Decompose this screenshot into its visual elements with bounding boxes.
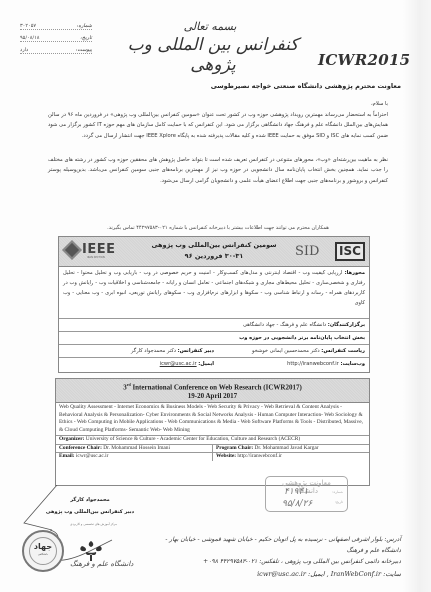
english-email-label: Email:: [59, 453, 75, 459]
persian-chair-label: ریاست کنفرانس:: [321, 348, 365, 354]
persian-contact-row: وب‌سایت: http://iranwebconf.ir ایمیل: ic…: [59, 358, 369, 370]
stamp-date-label: تاریخ:: [335, 500, 343, 504]
english-header: 3rd International Conference on Web Rese…: [56, 379, 369, 403]
english-title: 3rd International Conference on Web Rese…: [56, 380, 369, 392]
meta-date-value: ۹۵/۰۸/۱۸: [20, 35, 39, 41]
footer-web-links[interactable]: icwr@usc.ac.ir :ایمیل , IranWebConf.ir :…: [257, 570, 401, 578]
persian-topics-row: محورها: ارزیابی کیفیت وب - اقتصاد اینترن…: [59, 267, 369, 319]
ieee-logo: IEEE: [65, 242, 115, 257]
persian-email-cell: ایمیل: icwr@usc.ac.ir: [63, 359, 214, 369]
bismillah-heading: بسمه تعالی: [150, 20, 270, 33]
ieee-logo-subtext: IRAN SECTION: [87, 256, 105, 259]
persian-secretary-cell: دبیر کنفرانس: دکتر محمدجواد کارگر: [63, 346, 214, 356]
persian-chair: دکتر محمدحسین ایمانی خوشخو: [252, 348, 320, 354]
signatory-title: دبیر کنفرانس بین‌المللی وب پژوهی: [45, 506, 135, 518]
english-website-link[interactable]: http://iranwebconf.ir: [236, 453, 282, 459]
english-program-chair: Dr. Mohammad Javad Kargar: [253, 445, 318, 451]
persian-thesis-section: بخش انتخاب پایان‌نامه برتر دانشجویی در ح…: [239, 335, 365, 341]
signatory-name: محمدجواد کارگر: [45, 494, 135, 506]
persian-banner: IEEE IRAN SECTION سومین کنفرانس بین‌المل…: [59, 237, 369, 267]
persian-email-label: ایمیل:: [198, 361, 214, 367]
persian-chairs-row: ریاست کنفرانس: دکتر محمدحسین ایمانی خوشخ…: [59, 345, 369, 358]
contact-note: همکاران محترم می توانند جهت اطلاعات بیشت…: [48, 225, 388, 231]
footer-address-line: آدرس: بلوار اشرفی اصفهانی - نرسیده به پل…: [151, 534, 401, 556]
persian-topics-label: محورها:: [345, 270, 365, 276]
persian-chair-cell: ریاست کنفرانس: دکتر محمدحسین ایمانی خوشخ…: [214, 346, 365, 356]
persian-banner-date: ۳۰-۳۱ فروردین ۹۶: [149, 251, 279, 262]
footer-address: آدرس: بلوار اشرفی اصفهانی - نرسیده به پل…: [151, 534, 401, 567]
persian-website-label: وب‌سایت:: [340, 361, 365, 367]
persian-banner-title: سومین کنفرانس بین‌المللی وب پژوهی ۳۰-۳۱ …: [149, 240, 279, 262]
stamp-number-label: شماره:: [332, 490, 343, 494]
jahad-logo: جهاد دانشگاهی: [22, 530, 64, 572]
sid-logo: SID: [295, 244, 319, 259]
persian-email-link[interactable]: icwr@usc.ac.ir: [160, 361, 197, 367]
conference-title: کنفرانس بین المللی وب پژوهی: [118, 35, 308, 75]
persian-thesis-row: بخش انتخاب پایان‌نامه برتر دانشجویی در ح…: [59, 332, 369, 345]
persian-topics: ارزیابی کیفیت وب - اقتصاد اینترنتی و مدل…: [63, 270, 365, 306]
isc-logo: ISC: [335, 242, 365, 261]
english-date: 19-20 April 2017: [56, 392, 369, 401]
english-program-chair-cell: Program Chair: Dr. Mohammad Javad Kargar: [213, 445, 366, 453]
addressee: معاونت محترم پژوهشی دانشگاه صنعتی خواجه …: [211, 82, 401, 90]
paragraph-2: نظر به ماهیت بین‌رشته‌ای «وب»، محورهای م…: [48, 155, 388, 186]
letter-meta: شماره: ۳۰۲۰۵۷ تاریخ: ۹۵/۰۸/۱۸ پیوست: دار…: [20, 20, 92, 56]
english-website-cell: Website: http://iranwebconf.ir: [213, 453, 366, 461]
persian-organizers: دانشگاه علم و فرهنگ - جهاد دانشگاهی: [243, 322, 326, 328]
ieee-diamond-icon: [62, 240, 82, 260]
english-organizer: University of Science & Culture - Academ…: [84, 436, 300, 442]
meta-date-row: تاریخ: ۹۵/۰۸/۱۸: [20, 32, 92, 42]
english-conf-chair-cell: Conference Chair: Dr. Mohammad Hossein I…: [59, 445, 213, 453]
stamp-date: ۹۵/۸/۲۶: [282, 499, 312, 509]
stamp-number: ۴۱۹۴۱: [284, 487, 308, 497]
english-program-chair-label: Program Chair:: [216, 445, 253, 451]
paragraph-1: احتراماً به استحضار می‌رساند مهمترین روی…: [48, 110, 388, 141]
greeting: با سلام،: [48, 99, 388, 109]
english-email-cell: Email: icwr@usc.ac.ir: [59, 453, 213, 461]
meta-date-label: تاریخ:: [80, 35, 92, 41]
persian-website-link[interactable]: http://iranwebconf.ir: [287, 361, 339, 367]
signature-block: محمدجواد کارگر دبیر کنفرانس بین‌المللی و…: [45, 494, 135, 518]
english-conference-box: 3rd International Conference on Web Rese…: [55, 378, 370, 486]
persian-conference-box: IEEE IRAN SECTION سومین کنفرانس بین‌المل…: [58, 236, 370, 373]
meta-number-row: شماره: ۳۰۲۰۵۷: [20, 20, 92, 30]
persian-organizers-label: برگزارکنندگان:: [328, 322, 365, 328]
meta-attachment-label: پیوست:: [76, 47, 92, 53]
meta-attachment-value: دارد: [20, 47, 28, 53]
usc-name: دانشگاه علم و فرهنگ: [70, 560, 133, 568]
persian-website-cell: وب‌سایت: http://iranwebconf.ir: [214, 359, 365, 369]
footer-secretariat-line: دبیرخانه دائمی کنفرانس بین المللی وب پژو…: [151, 556, 401, 567]
received-stamp: معاونت پژوهشی دانشگاه شماره: ۴۱۹۴۱ تاریخ…: [265, 476, 348, 512]
persian-organizers-row: برگزارکنندگان: دانشگاه علم و فرهنگ - جها…: [59, 319, 369, 332]
persian-secretary-label: دبیر کنفرانس:: [178, 348, 214, 354]
usc-small-caption: مرکز آموزش های تخصصی و کاربردی: [70, 522, 117, 526]
english-chairs-row: Conference Chair: Dr. Mohammad Hossein I…: [56, 445, 369, 454]
scan-edge-shadow: [403, 0, 431, 592]
conference-acronym: ICWR2015: [318, 51, 410, 69]
english-conf-chair: Dr. Mohammad Hossein Imani: [102, 445, 170, 451]
english-organizer-label: Organizer:: [59, 436, 84, 442]
persian-banner-line1: سومین کنفرانس بین‌المللی وب پژوهی: [149, 240, 279, 251]
ieee-logo-text: IEEE: [82, 242, 115, 257]
usc-tree-logo-icon: [76, 540, 106, 562]
english-contact-row: Email: icwr@usc.ac.ir Website: http://ir…: [56, 453, 369, 461]
persian-secretary: دکتر محمدجواد کارگر: [131, 348, 176, 354]
letter-page: شماره: ۳۰۲۰۵۷ تاریخ: ۹۵/۰۸/۱۸ پیوست: دار…: [0, 0, 431, 592]
english-topics: Web Quality Assessment - Internet Econom…: [56, 403, 369, 436]
jahad-logo-text: جهاد: [24, 542, 62, 551]
meta-number-label: شماره:: [77, 23, 92, 29]
meta-number-value: ۳۰۲۰۵۷: [20, 23, 36, 29]
english-website-label: Website:: [216, 453, 236, 459]
jahad-logo-subtext: دانشگاهی: [24, 553, 62, 556]
english-title-text: International Conference on Web Research…: [131, 383, 302, 391]
english-organizer-row: Organizer: University of Science & Cultu…: [56, 436, 369, 445]
english-conf-chair-label: Conference Chair:: [59, 445, 102, 451]
english-email-link[interactable]: icwr@usc.ac.ir: [75, 453, 109, 459]
meta-attachment-row: پیوست: دارد: [20, 44, 92, 54]
